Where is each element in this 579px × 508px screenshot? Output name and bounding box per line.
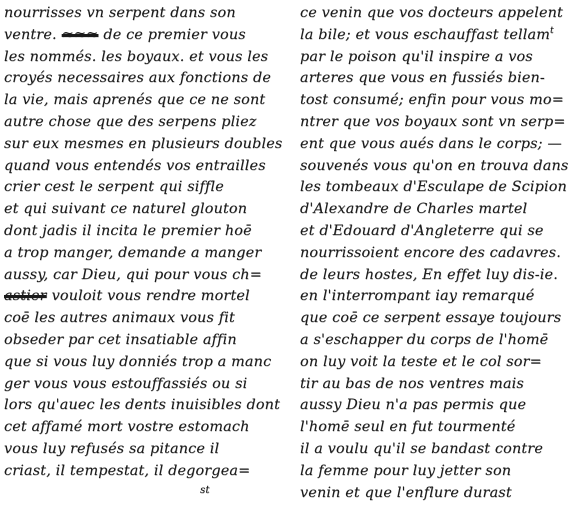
manuscript-line: cet affamé mort vostre estomach [4,417,292,439]
manuscript-line: d'Alexandre de Charles martel [300,199,576,221]
line-text: vouloit vous rendre mortel [52,288,250,304]
manuscript-line: a s'eschapper du corps de l'homē [300,330,576,352]
manuscript-line: aussy, car Dieu, qui pour vous ch= [4,265,292,287]
manuscript-line: nourrisses vn serpent dans son [4,3,292,25]
manuscript-line: aussy Dieu n'a pas permis que [300,395,576,417]
manuscript-line: crier cest le serpent qui siffle [4,177,292,199]
manuscript-line: en l'interrompant iay remarqué [300,286,576,308]
manuscript-line: croyés necessaires aux fonctions de [4,68,292,90]
manuscript-line: l'homē seul en fut tourmenté [300,417,576,439]
manuscript-line: quand vous entendés vos entrailles [4,156,292,178]
manuscript-page: nourrisses vn serpent dans son ventre.≈≈… [0,0,579,508]
manuscript-line: de leurs hostes, En effet luy dis-ie. [300,265,576,287]
manuscript-line: les nommés. les boyaux. et vous les [4,47,292,69]
manuscript-line: la vie, mais aprenés que ce ne sont [4,90,292,112]
line-text: ventre. [4,27,57,43]
manuscript-line: obseder par cet insatiable affin [4,330,292,352]
manuscript-line: il a voulu qu'il se bandast contre [300,439,576,461]
manuscript-line: la femme pour luy jetter son [300,461,576,483]
manuscript-line: ventre.≈≈≈de ce premier vous [4,25,292,47]
manuscript-line: tost consumé; enfin pour vous mo= [300,90,576,112]
left-column: nourrisses vn serpent dans son ventre.≈≈… [4,3,292,499]
catchword: st [200,483,292,499]
manuscript-line: ce venin que vos docteurs appelent [300,3,576,25]
manuscript-line: par le poison qu'il inspire a vos [300,47,576,69]
manuscript-line: astiervouloit vous rendre mortel [4,286,292,308]
manuscript-line: ntrer que vos boyaux sont vn serp= [300,112,576,134]
manuscript-line: tir au bas de nos ventres mais [300,374,576,396]
manuscript-line: coē les autres animaux vous fit [4,308,292,330]
manuscript-line: venin et que l'enflure durast [300,483,576,505]
line-text: de ce premier vous [103,27,245,43]
right-column: ce venin que vos docteurs appelent la bi… [300,3,576,504]
line-text: la bile; et vous eschauffast tellam [300,27,550,43]
manuscript-line: vous luy refusés sa pitance il [4,439,292,461]
manuscript-line: arteres que vous en fussiés bien- [300,68,576,90]
superscript-mark: t [550,26,554,36]
manuscript-line: souvenés vous qu'on en trouva dans [300,156,576,178]
manuscript-line: que coē ce serpent essaye toujours [300,308,576,330]
manuscript-line: ger vous vous estouffassiés ou si [4,374,292,396]
manuscript-line: dont jadis il incita le premier hoē [4,221,292,243]
struck-word: ≈≈≈ [62,27,99,43]
manuscript-line: ent que vous aués dans le corps; — [300,134,576,156]
manuscript-line: nourrissoient encore des cadavres. [300,243,576,265]
struck-word: astier [4,288,47,304]
manuscript-line: et d'Edouard d'Angleterre qui se [300,221,576,243]
manuscript-line: sur eux mesmes en plusieurs doubles [4,134,292,156]
manuscript-line: criast, il tempestat, il degorgea= [4,461,292,483]
manuscript-line: on luy voit la teste et le col sor= [300,352,576,374]
manuscript-line: les tombeaux d'Esculape de Scipion [300,177,576,199]
manuscript-line: et qui suivant ce naturel glouton [4,199,292,221]
manuscript-line: a trop manger, demande a manger [4,243,292,265]
manuscript-line: la bile; et vous eschauffast tellamt [300,25,576,47]
manuscript-line: autre chose que des serpens pliez [4,112,292,134]
manuscript-line: que si vous luy donniés trop a manc [4,352,292,374]
manuscript-line: lors qu'auec les dents inuisibles dont [4,395,292,417]
